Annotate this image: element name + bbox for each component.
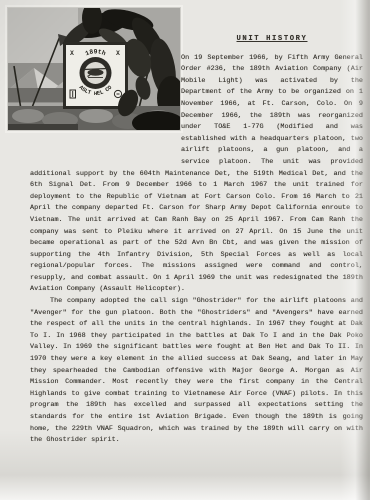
photo-float-spacer: [30, 34, 181, 164]
scanned-document-page: 189th ASLT HEL CO X X: [0, 0, 370, 500]
paragraph-unit-history-2: The company adopted the call sign "Ghost…: [30, 296, 363, 447]
document-body: UNIT HISTORY On 19 September 1966, by Fi…: [30, 34, 363, 447]
